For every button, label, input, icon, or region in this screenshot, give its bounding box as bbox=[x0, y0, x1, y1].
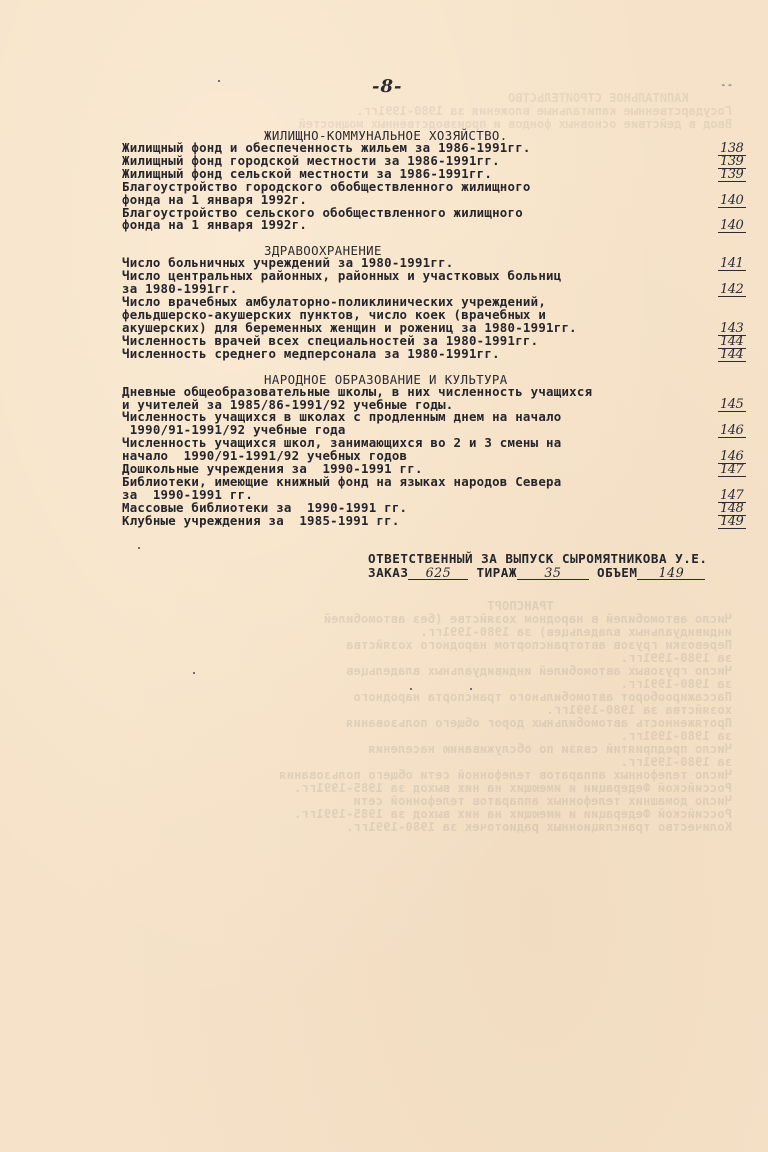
bleed-through-text-top: КАПИТАЛЬНОЕ СТРОИТЕЛЬСТВО Государственны… bbox=[112, 92, 732, 131]
paper-speck bbox=[138, 547, 140, 549]
corner-mark: -- bbox=[720, 78, 733, 91]
toc-entry-text: Число врачебных амбулаторно-поликлиничес… bbox=[122, 294, 577, 335]
toc-entry-text: Число центральных районных, районных и у… bbox=[122, 268, 561, 296]
toc-entry-page: 146 bbox=[718, 424, 746, 438]
order-label: ЗАКАЗ bbox=[368, 565, 408, 580]
toc-entry-page: 139 bbox=[718, 168, 746, 182]
toc-entry-page: 142 bbox=[718, 283, 746, 297]
volume-value: 149 bbox=[637, 567, 705, 580]
paper-speck bbox=[218, 80, 220, 82]
toc-entry-text: Численность учащихся школ, занимающихся … bbox=[122, 435, 561, 463]
toc-entry: Дневные общеобразовательные школы, в них… bbox=[122, 386, 722, 412]
toc-entry-text: Дневные общеобразовательные школы, в них… bbox=[122, 384, 592, 412]
toc-entry-page: 145 bbox=[718, 398, 746, 412]
toc-entry-text: Численность учащихся в школах с продленн… bbox=[122, 409, 561, 437]
toc-entry-text: Библиотеки, имеющие книжный фонд на язык… bbox=[122, 474, 561, 502]
print-run-value: 35 bbox=[517, 567, 589, 580]
toc-entry-page: 149 bbox=[718, 515, 746, 529]
section-items: Жилищный фонд и обеспеченность жильем за… bbox=[122, 142, 722, 232]
toc-entry: Численность учащихся в школах с продленн… bbox=[122, 411, 722, 437]
section-items: Дневные общеобразовательные школы, в них… bbox=[122, 386, 722, 528]
toc-entry: Клубные учреждения за 1985-1991 гг.149 bbox=[122, 515, 722, 528]
paper-speck bbox=[410, 688, 412, 690]
order-value: 625 bbox=[408, 567, 468, 580]
section-housing: ЖИЛИЩНО-КОММУНАЛЬНОЕ ХОЗЯЙСТВО. Жилищный… bbox=[122, 129, 722, 232]
print-run-label: ТИРАЖ bbox=[477, 565, 517, 580]
section-education-culture: НАРОДНОЕ ОБРАЗОВАНИЕ И КУЛЬТУРА Дневные … bbox=[122, 373, 722, 528]
page-number: -8- bbox=[372, 76, 402, 97]
toc-entry-text: Численность среднего медперсонала за 198… bbox=[122, 346, 500, 361]
toc-entry: Число врачебных амбулаторно-поликлиничес… bbox=[122, 296, 722, 335]
toc-entry: Численность учащихся школ, занимающихся … bbox=[122, 437, 722, 463]
toc-entry-text: Благоустройство сельского обобществленно… bbox=[122, 205, 523, 233]
toc-entry: Библиотеки, имеющие книжный фонд на язык… bbox=[122, 476, 722, 502]
toc-entry: Число центральных районных, районных и у… bbox=[122, 270, 722, 296]
section-items: Число больничных учреждений за 1980-1991… bbox=[122, 257, 722, 360]
toc-entry: Благоустройство сельского обобществленно… bbox=[122, 207, 722, 233]
imprint-footer: ОТВЕТСТВЕННЫЙ ЗА ВЫПУСК СЫРОМЯТНИКОВА У.… bbox=[368, 552, 707, 580]
paper-speck bbox=[470, 688, 472, 690]
toc-entry-text: Клубные учреждения за 1985-1991 гг. bbox=[122, 513, 400, 528]
toc-entry-text: Благоустройство городского обобществленн… bbox=[122, 179, 531, 207]
toc-entry-page: 140 bbox=[718, 219, 746, 233]
toc-entry-page: 147 bbox=[718, 463, 746, 477]
paper-speck bbox=[193, 672, 195, 674]
toc-entry: Благоустройство городского обобществленн… bbox=[122, 181, 722, 207]
toc-entry: Численность среднего медперсонала за 198… bbox=[122, 348, 722, 361]
toc-entry-page: 141 bbox=[718, 257, 746, 271]
volume-label: ОБЪЕМ bbox=[597, 565, 637, 580]
toc-entry-page: 140 bbox=[718, 194, 746, 208]
table-of-contents: ЖИЛИЩНО-КОММУНАЛЬНОЕ ХОЗЯЙСТВО. Жилищный… bbox=[122, 129, 722, 528]
section-health: ЗДРАВООХРАНЕНИЕ Число больничных учрежде… bbox=[122, 244, 722, 360]
toc-entry-page: 144 bbox=[718, 348, 746, 362]
